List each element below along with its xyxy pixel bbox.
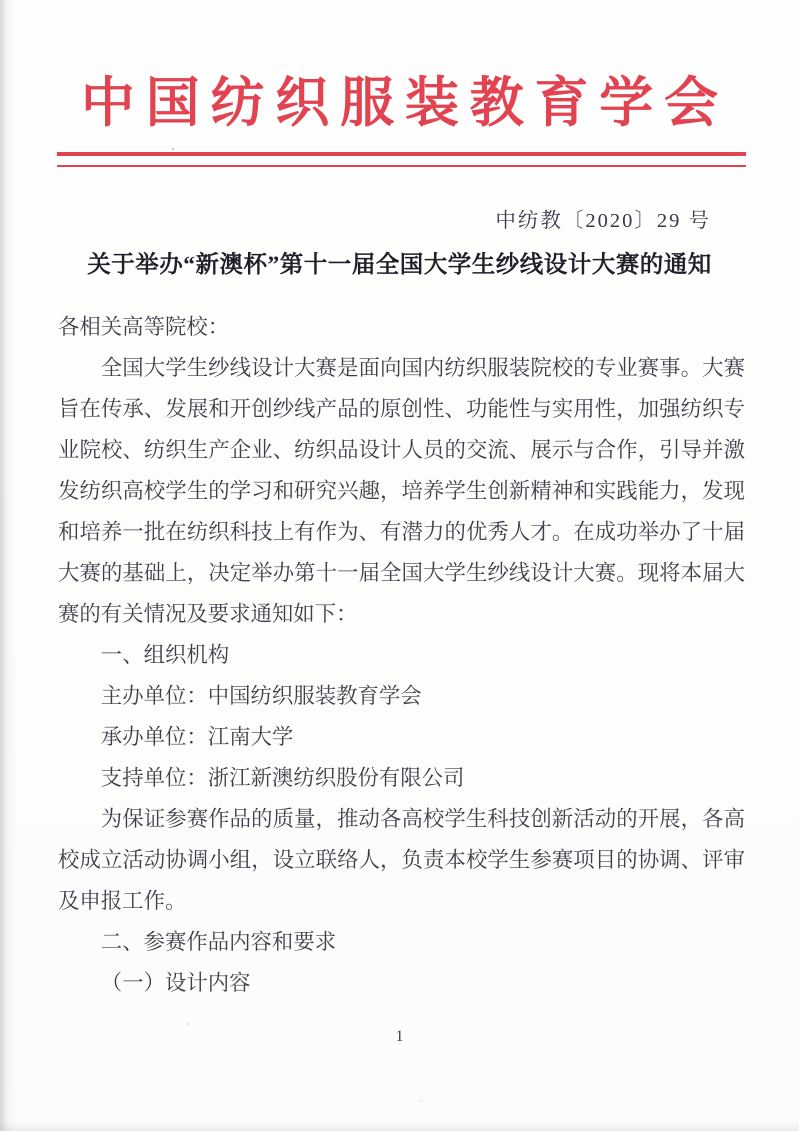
body-paragraph: 为保证参赛作品的质量，推动各高校学生科技创新活动的开展，各高校成立活动协调小组，… (58, 799, 745, 922)
section-heading-1: 一、组织机构 (58, 635, 745, 676)
document-title: 关于举办“新澳杯”第十一届全国大学生纱线设计大赛的通知 (0, 245, 799, 279)
page-number: 1 (0, 1028, 799, 1046)
scan-shadow-left (0, 0, 16, 1131)
document-body: 各相关高等院校： 全国大学生纱线设计大赛是面向国内纺织服装院校的专业赛事。大赛旨… (58, 307, 745, 1004)
document-number: 中纺教〔2020〕29 号 (0, 203, 711, 233)
scan-shadow-bottom (0, 1121, 799, 1131)
scanned-document-page: 中国纺织服装教育学会 中纺教〔2020〕29 号 关于举办“新澳杯”第十一届全国… (0, 0, 799, 1131)
letterhead-divider-rule (57, 152, 746, 167)
letterhead-org-name: 中国纺织服装教育学会 (0, 0, 799, 138)
supporter-line: 支持单位：浙江新澳纺织股份有限公司 (58, 758, 745, 799)
organizer-line: 主办单位：中国纺织服装教育学会 (58, 676, 745, 717)
host-line: 承办单位：江南大学 (58, 717, 745, 758)
subsection-heading: （一）设计内容 (58, 963, 745, 1004)
salutation-line: 各相关高等院校： (58, 307, 745, 348)
section-heading-2: 二、参赛作品内容和要求 (58, 922, 745, 963)
body-paragraph: 全国大学生纱线设计大赛是面向国内纺织服装院校的专业赛事。大赛旨在传承、发展和开创… (58, 348, 745, 635)
